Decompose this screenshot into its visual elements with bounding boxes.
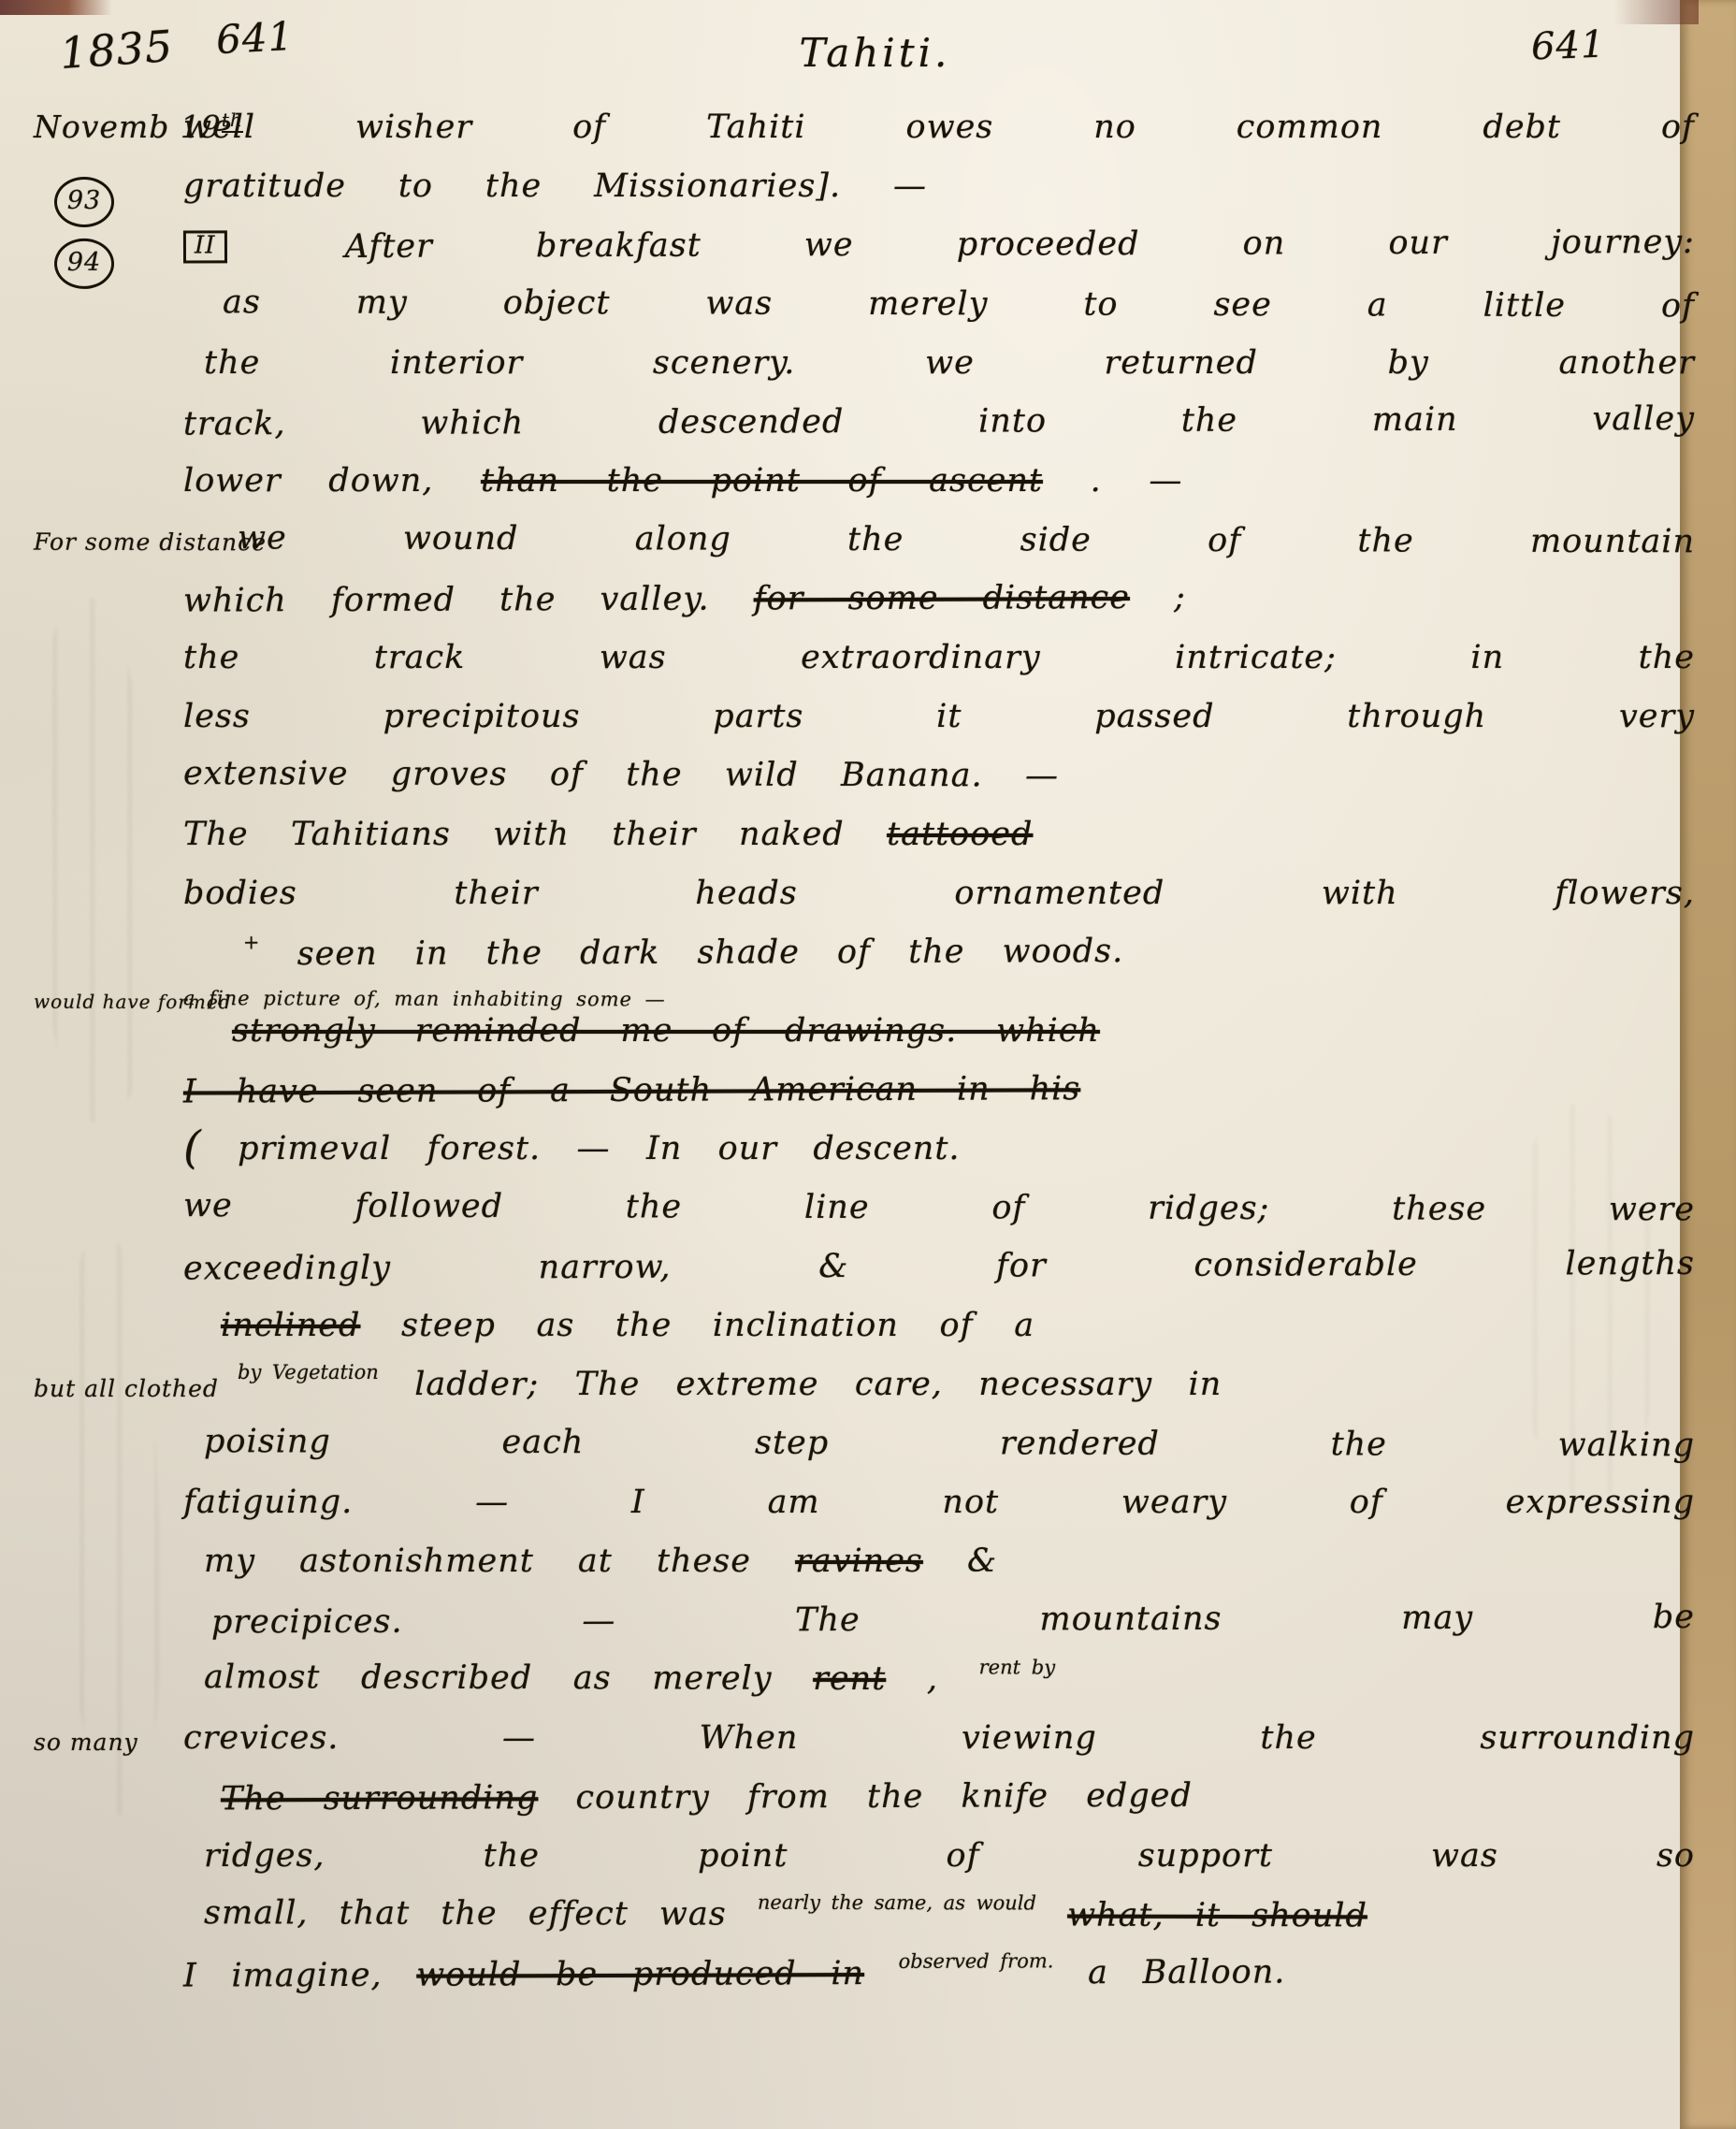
interline-insert: by Vegetation [238,1361,379,1383]
struck-text: inclined [221,1307,360,1344]
manuscript-line: lower down, than the point of ascent . — [0,464,1736,523]
margin-note [0,818,183,876]
line-text: a fine picture of, man inhabiting some — [183,978,1736,1016]
manuscript-line: The surrounding country from the knife e… [0,1777,1736,1842]
text-segment: ridges, the point of support was so [204,1837,1695,1875]
text-segment: which formed the valley. [183,580,754,619]
text-segment: steep as the inclination of a [401,1307,1034,1344]
manuscript-line: For some distancewe wound along the side… [0,521,1736,585]
manuscript-line: we followed the line of ridges; these we… [0,1189,1736,1253]
margin-note [0,1014,183,1073]
manuscript-line: extensive groves of the wild Banana. — [0,757,1736,820]
text-segment: & [967,1542,997,1580]
line-text: strongly reminded me of drawings. which [183,1014,1736,1073]
instruction-number-circle: 94 [54,239,114,289]
line-text: bodies their heads ornamented with flowe… [183,876,1736,935]
text-segment: a fine picture of, man inhabiting some — [183,987,666,1010]
margin-note [0,408,183,468]
text-segment: After breakfast we proceeded on our jour… [345,224,1695,266]
text-segment: less precipitous parts it passed through… [183,698,1695,735]
text-segment: bodies their heads ornamented with flowe… [183,875,1695,912]
manuscript-line: which formed the valley. for some distan… [0,579,1736,644]
interline-insert: observed from. [899,1949,1054,1973]
manuscript-line: I have seen of a South American in his [0,1070,1736,1135]
text-segment: extensive groves of the wild Banana. — [183,755,1059,794]
margin-note [0,1606,183,1666]
manuscript-page: 1835 641 Tahiti. 641 Novemb 19thwell wis… [0,0,1736,2129]
manuscript-line: but all clothedby Vegetation ladder; The… [0,1368,1736,1427]
interline-insert: nearly the same, as would [758,1891,1036,1915]
text-segment: ; [1174,579,1186,616]
manuscript-line: bodies their heads ornamented with flowe… [0,876,1736,935]
manuscript-line: small, that the effect was nearly the sa… [0,1896,1736,1960]
margin-note [0,585,183,644]
line-text: inclined steep as the inclination of a [183,1309,1736,1368]
manuscript-line: as my object was merely to see a little … [0,285,1736,349]
margin-note [0,1960,183,2020]
margin-note [0,757,183,817]
line-text: track, which descended into the main val… [183,402,1736,467]
margin-note: 94 [0,231,183,291]
line-text: The Tahitians with their naked tattooed [183,818,1736,876]
line-text: gratitude to the Missionaries]. — [183,169,1736,228]
text-segment: gratitude to the Missionaries]. — [183,167,927,205]
struck-text: tattooed [887,816,1033,853]
text-segment: ladder; The extreme care, necessary in [414,1366,1222,1403]
text-segment: The Tahitians with their naked [183,816,887,853]
margin-note [0,1544,183,1603]
text-segment: the interior scenery. we returned by ano… [204,344,1695,382]
line-text: which formed the valley. for some distan… [183,579,1736,644]
boxed-mark: II [183,230,227,263]
text-segment: we wound along the side of the mountain [238,519,1695,560]
margin-note: 93 [0,169,183,228]
text-segment: . — [1091,462,1183,500]
margin-note: but all clothed [0,1368,183,1427]
page-header: 1835 641 Tahiti. 641 [60,24,1671,103]
line-text: ( primeval forest. — In our descent. [183,1132,1736,1191]
struck-text: strongly reminded me of drawings. which [232,1012,1100,1050]
text-segment: seen in the dark shade of the woods. [297,933,1124,973]
line-text: less precipitous parts it passed through… [183,700,1736,759]
text-segment: precipices. — The mountains may be [211,1599,1695,1642]
text-segment: my astonishment at these [204,1542,795,1580]
text-segment: well wisher of Tahiti owes no common deb… [183,109,1695,146]
struck-text: than the point of ascent [481,462,1043,500]
manuscript-line: almost described as merely rent , rent b… [0,1660,1736,1724]
line-text: I have seen of a South American in his [183,1070,1736,1135]
line-text: well wisher of Tahiti owes no common deb… [183,110,1736,169]
text-segment: primeval forest. — In our descent. [238,1130,960,1167]
line-text: I imagine, would be produced in observed… [183,1954,1736,2019]
line-text: we wound along the side of the mountain [183,521,1736,584]
text-segment: country from the knife edged [575,1777,1192,1817]
text-segment: almost described as merely [204,1658,813,1698]
margin-note: Novemb 19th [0,110,183,169]
margin-note [0,1076,183,1136]
struck-text: would be produced in [416,1955,864,1994]
line-text: the interior scenery. we returned by ano… [183,346,1736,405]
text-segment: crevices. — When viewing the surrounding [183,1719,1695,1757]
line-text: my astonishment at these ravines & [183,1544,1736,1603]
margin-note [0,641,183,700]
text-segment: fatiguing. — I am not weary of expressin… [183,1484,1695,1521]
manuscript-line: the track was extraordinary intricate; i… [0,641,1736,700]
manuscript-line: strongly reminded me of drawings. which [0,1014,1736,1073]
page-number-right: 641 [1530,23,1606,69]
manuscript-line: exceedingly narrow, & for considerable l… [0,1247,1736,1311]
instruction-number-circle: 93 [54,177,114,227]
manuscript-line: Novemb 19thwell wisher of Tahiti owes no… [0,110,1736,169]
text-segment: exceedingly narrow, & for considerable l… [183,1245,1695,1288]
margin-note [0,1660,183,1720]
text-segment: a Balloon. [1088,1953,1285,1991]
line-text: II After breakfast we proceeded on our j… [183,225,1736,290]
struck-text: for some distance [754,579,1130,617]
manuscript-line: my astonishment at these ravines & [0,1544,1736,1603]
margin-note [0,464,183,523]
text-segment: , [927,1660,979,1698]
text-segment: track, which descended into the main val… [183,400,1695,443]
margin-note [0,1839,183,1898]
margin-note [0,1783,183,1843]
line-text: fatiguing. — I am not weary of expressin… [183,1485,1736,1544]
manuscript-line: poising each step rendered the walking [0,1425,1736,1488]
struck-text: rent [813,1660,886,1698]
text-segment: poising each step rendered the walking [204,1423,1695,1464]
margin-note [0,1425,183,1485]
margin-note [0,1485,183,1544]
margin-note [0,700,183,759]
line-text: poising each step rendered the walking [183,1425,1736,1487]
line-text: exceedingly narrow, & for considerable l… [183,1247,1736,1311]
margin-note [0,1253,183,1312]
line-text: by Vegetation ladder; The extreme care, … [183,1368,1736,1427]
manuscript-line: the interior scenery. we returned by ano… [0,346,1736,405]
manuscript-line: I imagine, would be produced in observed… [0,1954,1736,2019]
margin-note [0,1132,183,1191]
manuscript-line: The Tahitians with their naked tattooed [0,818,1736,876]
text-segment: as my object was merely to see a little … [223,283,1695,325]
text-segment: small, that the effect was [204,1894,758,1933]
line-text: ridges, the point of support was so [183,1839,1736,1898]
line-text: as my object was merely to see a little … [183,285,1736,348]
text-segment: lower down, [183,462,481,500]
margin-note [0,1896,183,1956]
margin-note: For some distance [0,521,183,581]
manuscript-line: precipices. — The mountains may be [0,1600,1736,1665]
manuscript-line: track, which descended into the main val… [0,402,1736,467]
manuscript-line: less precipitous parts it passed through… [0,700,1736,759]
margin-note: would have formed [0,978,183,1013]
line-text: almost described as merely rent , rent b… [183,1660,1736,1723]
manuscript-line: inclined steep as the inclination of a [0,1309,1736,1368]
margin-note [0,876,183,935]
line-text: we followed the line of ridges; these we… [183,1189,1736,1252]
year-label: 1835 [58,21,175,79]
line-text: lower down, than the point of ascent . — [183,464,1736,523]
margin-note [0,1189,183,1249]
manuscript-line: would have formeda fine picture of, man … [0,978,1736,1017]
margin-note [0,285,183,345]
text-segment: the track was extraordinary intricate; i… [183,639,1695,676]
margin-note [0,346,183,405]
manuscript-line: ( primeval forest. — In our descent. [0,1132,1736,1191]
struck-text: what, it should [1067,1897,1367,1935]
manuscript-line: ridges, the point of support was so [0,1839,1736,1898]
text-segment: ( [183,1122,202,1174]
line-text: crevices. — When viewing the surrounding [183,1721,1736,1780]
margin-note: so many [0,1721,183,1780]
manuscript-line: 93gratitude to the Missionaries]. — [0,169,1736,228]
line-text: precipices. — The mountains may be [183,1600,1736,1665]
struck-text: ravines [795,1542,923,1580]
ink-layer: 1835 641 Tahiti. 641 Novemb 19thwell wis… [0,0,1736,2129]
manuscript-line: so manycrevices. — When viewing the surr… [0,1721,1736,1780]
line-text: extensive groves of the wild Banana. — [183,757,1736,819]
interline-insert: + [243,931,260,953]
text-segment: I imagine, [183,1957,416,1995]
manuscript-line: fatiguing. — I am not weary of expressin… [0,1485,1736,1544]
manuscript-line: 94II After breakfast we proceeded on our… [0,225,1736,290]
text-segment: we followed the line of ridges; these we… [183,1187,1695,1228]
interline-insert: rent by [979,1656,1055,1678]
struck-text: I have seen of a South American in his [183,1070,1080,1110]
page-title: Tahiti. [256,30,1493,76]
margin-note [0,1309,183,1368]
line-text: The surrounding country from the knife e… [183,1777,1736,1842]
manuscript-rows: Novemb 19thwell wisher of Tahiti owes no… [0,110,1736,2016]
struck-text: The surrounding [221,1779,539,1818]
line-text: the track was extraordinary intricate; i… [183,641,1736,700]
